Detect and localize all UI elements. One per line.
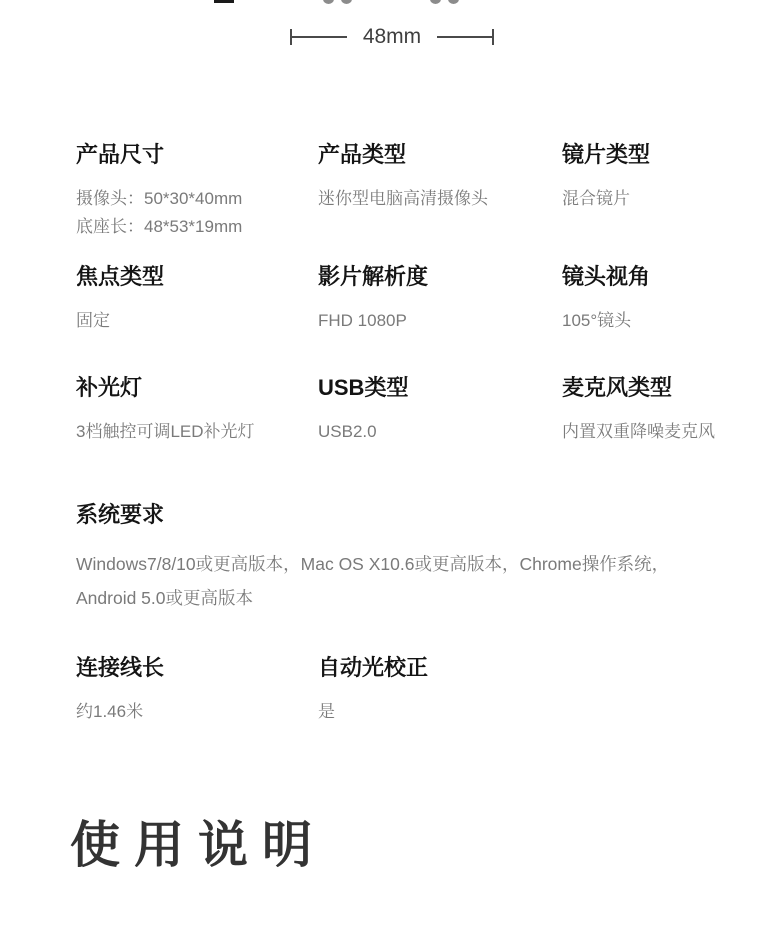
spec-value: Windows7/8/10或更高版本，Mac OS X10.6或更高版本，Chr…: [76, 547, 736, 581]
spec-value: Android 5.0或更高版本: [76, 581, 736, 615]
dimension-label: 48mm: [347, 28, 437, 45]
spec-system-requirements: 系统要求 Windows7/8/10或更高版本，Mac OS X10.6或更高版…: [76, 501, 736, 615]
spec-lens-type: 镜片类型 混合镜片: [562, 141, 650, 213]
spec-value: FHD 1080P: [318, 307, 428, 335]
spec-label: 连接线长: [76, 654, 164, 682]
spec-value: 3档触控可调LED补光灯: [76, 418, 255, 446]
spec-value: 105°镜头: [562, 307, 650, 335]
spec-view-angle: 镜头视角 105°镜头: [562, 263, 650, 335]
spec-value: USB2.0: [318, 418, 408, 446]
spec-product-size: 产品尺寸 摄像头：50*30*40mm 底座长：48*53*19mm: [76, 141, 242, 241]
spec-label: 补光灯: [76, 374, 255, 402]
spec-label: 镜头视角: [562, 263, 650, 291]
spec-label: 焦点类型: [76, 263, 164, 291]
product-foot-dot: [430, 0, 441, 4]
spec-label: 产品尺寸: [76, 141, 242, 169]
product-image-remnant: [214, 0, 234, 3]
spec-value: 内置双重降噪麦克风: [562, 418, 715, 446]
spec-auto-light-correction: 自动光校正 是: [318, 654, 428, 726]
spec-value: 固定: [76, 307, 164, 335]
dimension-tick-right: [492, 29, 494, 45]
spec-label: 自动光校正: [318, 654, 428, 682]
spec-fill-light: 补光灯 3档触控可调LED补光灯: [76, 374, 255, 446]
spec-cable-length: 连接线长 约1.46米: [76, 654, 164, 726]
spec-label: 影片解析度: [318, 263, 428, 291]
product-spec-page: 48mm 产品尺寸 摄像头：50*30*40mm 底座长：48*53*19mm …: [0, 0, 782, 932]
spec-label: 镜片类型: [562, 141, 650, 169]
product-foot-dot: [448, 0, 459, 4]
spec-focus-type: 焦点类型 固定: [76, 263, 164, 335]
spec-label: USB类型: [318, 374, 408, 402]
spec-product-type: 产品类型 迷你型电脑高清摄像头: [318, 141, 488, 213]
dimension-annotation: 48mm: [290, 28, 494, 45]
spec-usb-type: USB类型 USB2.0: [318, 374, 408, 446]
spec-label: 麦克风类型: [562, 374, 715, 402]
spec-value: 摄像头：50*30*40mm: [76, 185, 242, 213]
product-foot-dot: [341, 0, 352, 4]
spec-resolution: 影片解析度 FHD 1080P: [318, 263, 428, 335]
spec-label: 系统要求: [76, 501, 736, 529]
spec-value: 约1.46米: [76, 698, 164, 726]
dimension-line-right: [437, 36, 492, 38]
spec-value: 迷你型电脑高清摄像头: [318, 185, 488, 213]
usage-instructions-heading: 使用说明: [70, 816, 326, 874]
spec-value: 混合镜片: [562, 185, 650, 213]
product-foot-dot: [323, 0, 334, 4]
dimension-line-left: [292, 36, 347, 38]
spec-microphone-type: 麦克风类型 内置双重降噪麦克风: [562, 374, 715, 446]
spec-value: 底座长：48*53*19mm: [76, 213, 242, 241]
spec-label: 产品类型: [318, 141, 488, 169]
spec-value: 是: [318, 698, 428, 726]
